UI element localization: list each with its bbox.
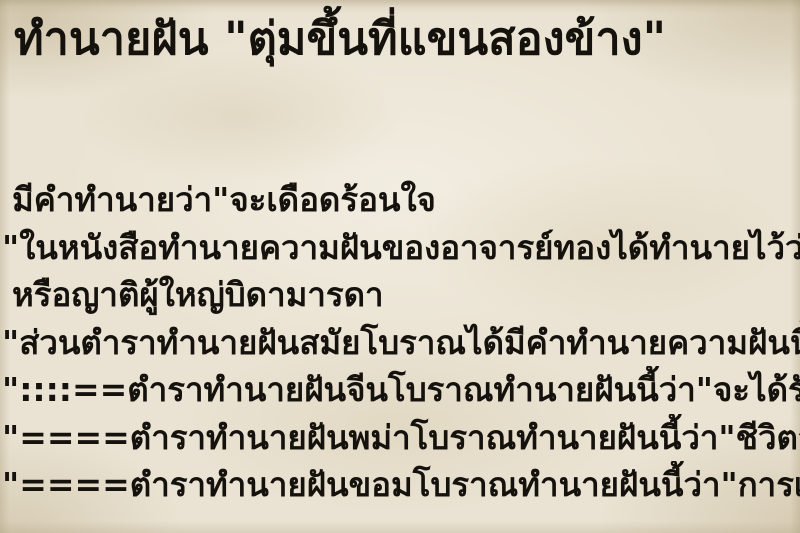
- page-title: ทำนายฝัน "ตุ่มขึ้นที่แขนสองข้าง": [14, 6, 666, 71]
- body-line: "::::==ตำราทำนายฝันจีนโบราณทำนายฝันนี้ว่…: [0, 366, 800, 414]
- body-line: "====ตำราทำนายฝันพม่าโบราณทำนายฝันนี้ว่า…: [0, 414, 800, 462]
- dream-interpretation-page: ทำนายฝัน "ตุ่มขึ้นที่แขนสองข้าง" มีคำทำน…: [0, 0, 800, 533]
- body-line: มีคำทำนายว่า"จะเดือดร้อนใจ: [0, 176, 800, 224]
- body-line: "====ตำราทำนายฝันขอมโบราณทำนายฝันนี้ว่า"…: [0, 461, 800, 509]
- article-body: มีคำทำนายว่า"จะเดือดร้อนใจ "ในหนังสือทำน…: [0, 176, 800, 509]
- body-line: "ส่วนตำราทำนายฝันสมัยโบราณได้มีคำทำนายคว…: [0, 319, 800, 367]
- body-line: หรือญาติผู้ใหญ่บิดามารดา: [0, 271, 800, 319]
- body-line: "ในหนังสือทำนายความฝันของอาจารย์ทองได้ทำ…: [0, 224, 800, 272]
